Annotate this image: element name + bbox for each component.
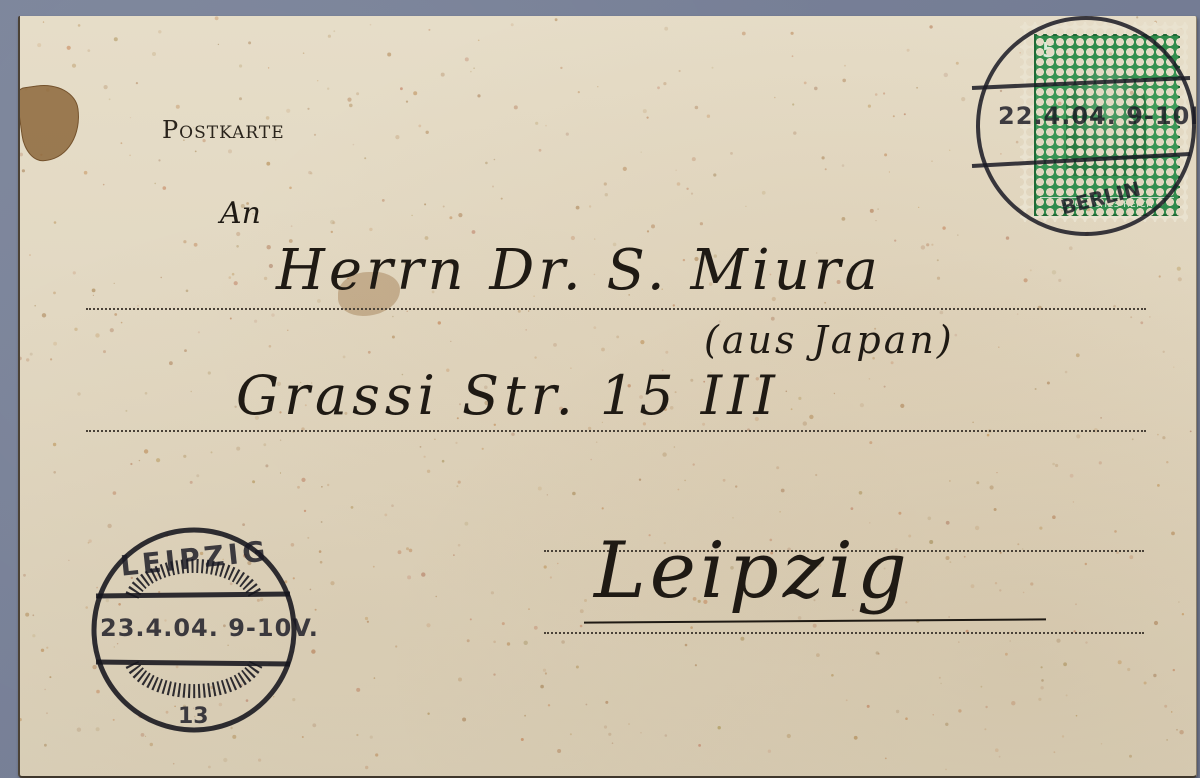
handwritten-city: Leipzig bbox=[594, 526, 911, 616]
address-line-2 bbox=[86, 430, 1146, 432]
water-stain bbox=[18, 80, 85, 164]
handwritten-recipient: Herrn Dr. S. Miura bbox=[276, 238, 882, 303]
handwritten-prefix: An bbox=[220, 196, 261, 231]
city-underline bbox=[584, 618, 1046, 623]
printed-title: Postkarte bbox=[162, 116, 285, 144]
address-line-1 bbox=[86, 308, 1146, 310]
arrival-postmark-city: LEIPZIG bbox=[119, 534, 271, 582]
arrival-postmark-date: 23.4.04. 9-10V. bbox=[100, 614, 319, 642]
handwritten-street: Grassi Str. 15 III bbox=[236, 364, 780, 427]
origin-postmark-date: 22.4.04. 9-10N bbox=[998, 102, 1197, 130]
address-line-4 bbox=[544, 632, 1144, 634]
handwritten-note: (aus Japan) bbox=[704, 318, 955, 362]
stamp-value: 5 bbox=[1042, 38, 1056, 62]
postcard: Postkarte An Herrn Dr. S. Miura (aus Jap… bbox=[18, 16, 1197, 778]
arrival-postmark-office: 13 bbox=[178, 704, 209, 729]
